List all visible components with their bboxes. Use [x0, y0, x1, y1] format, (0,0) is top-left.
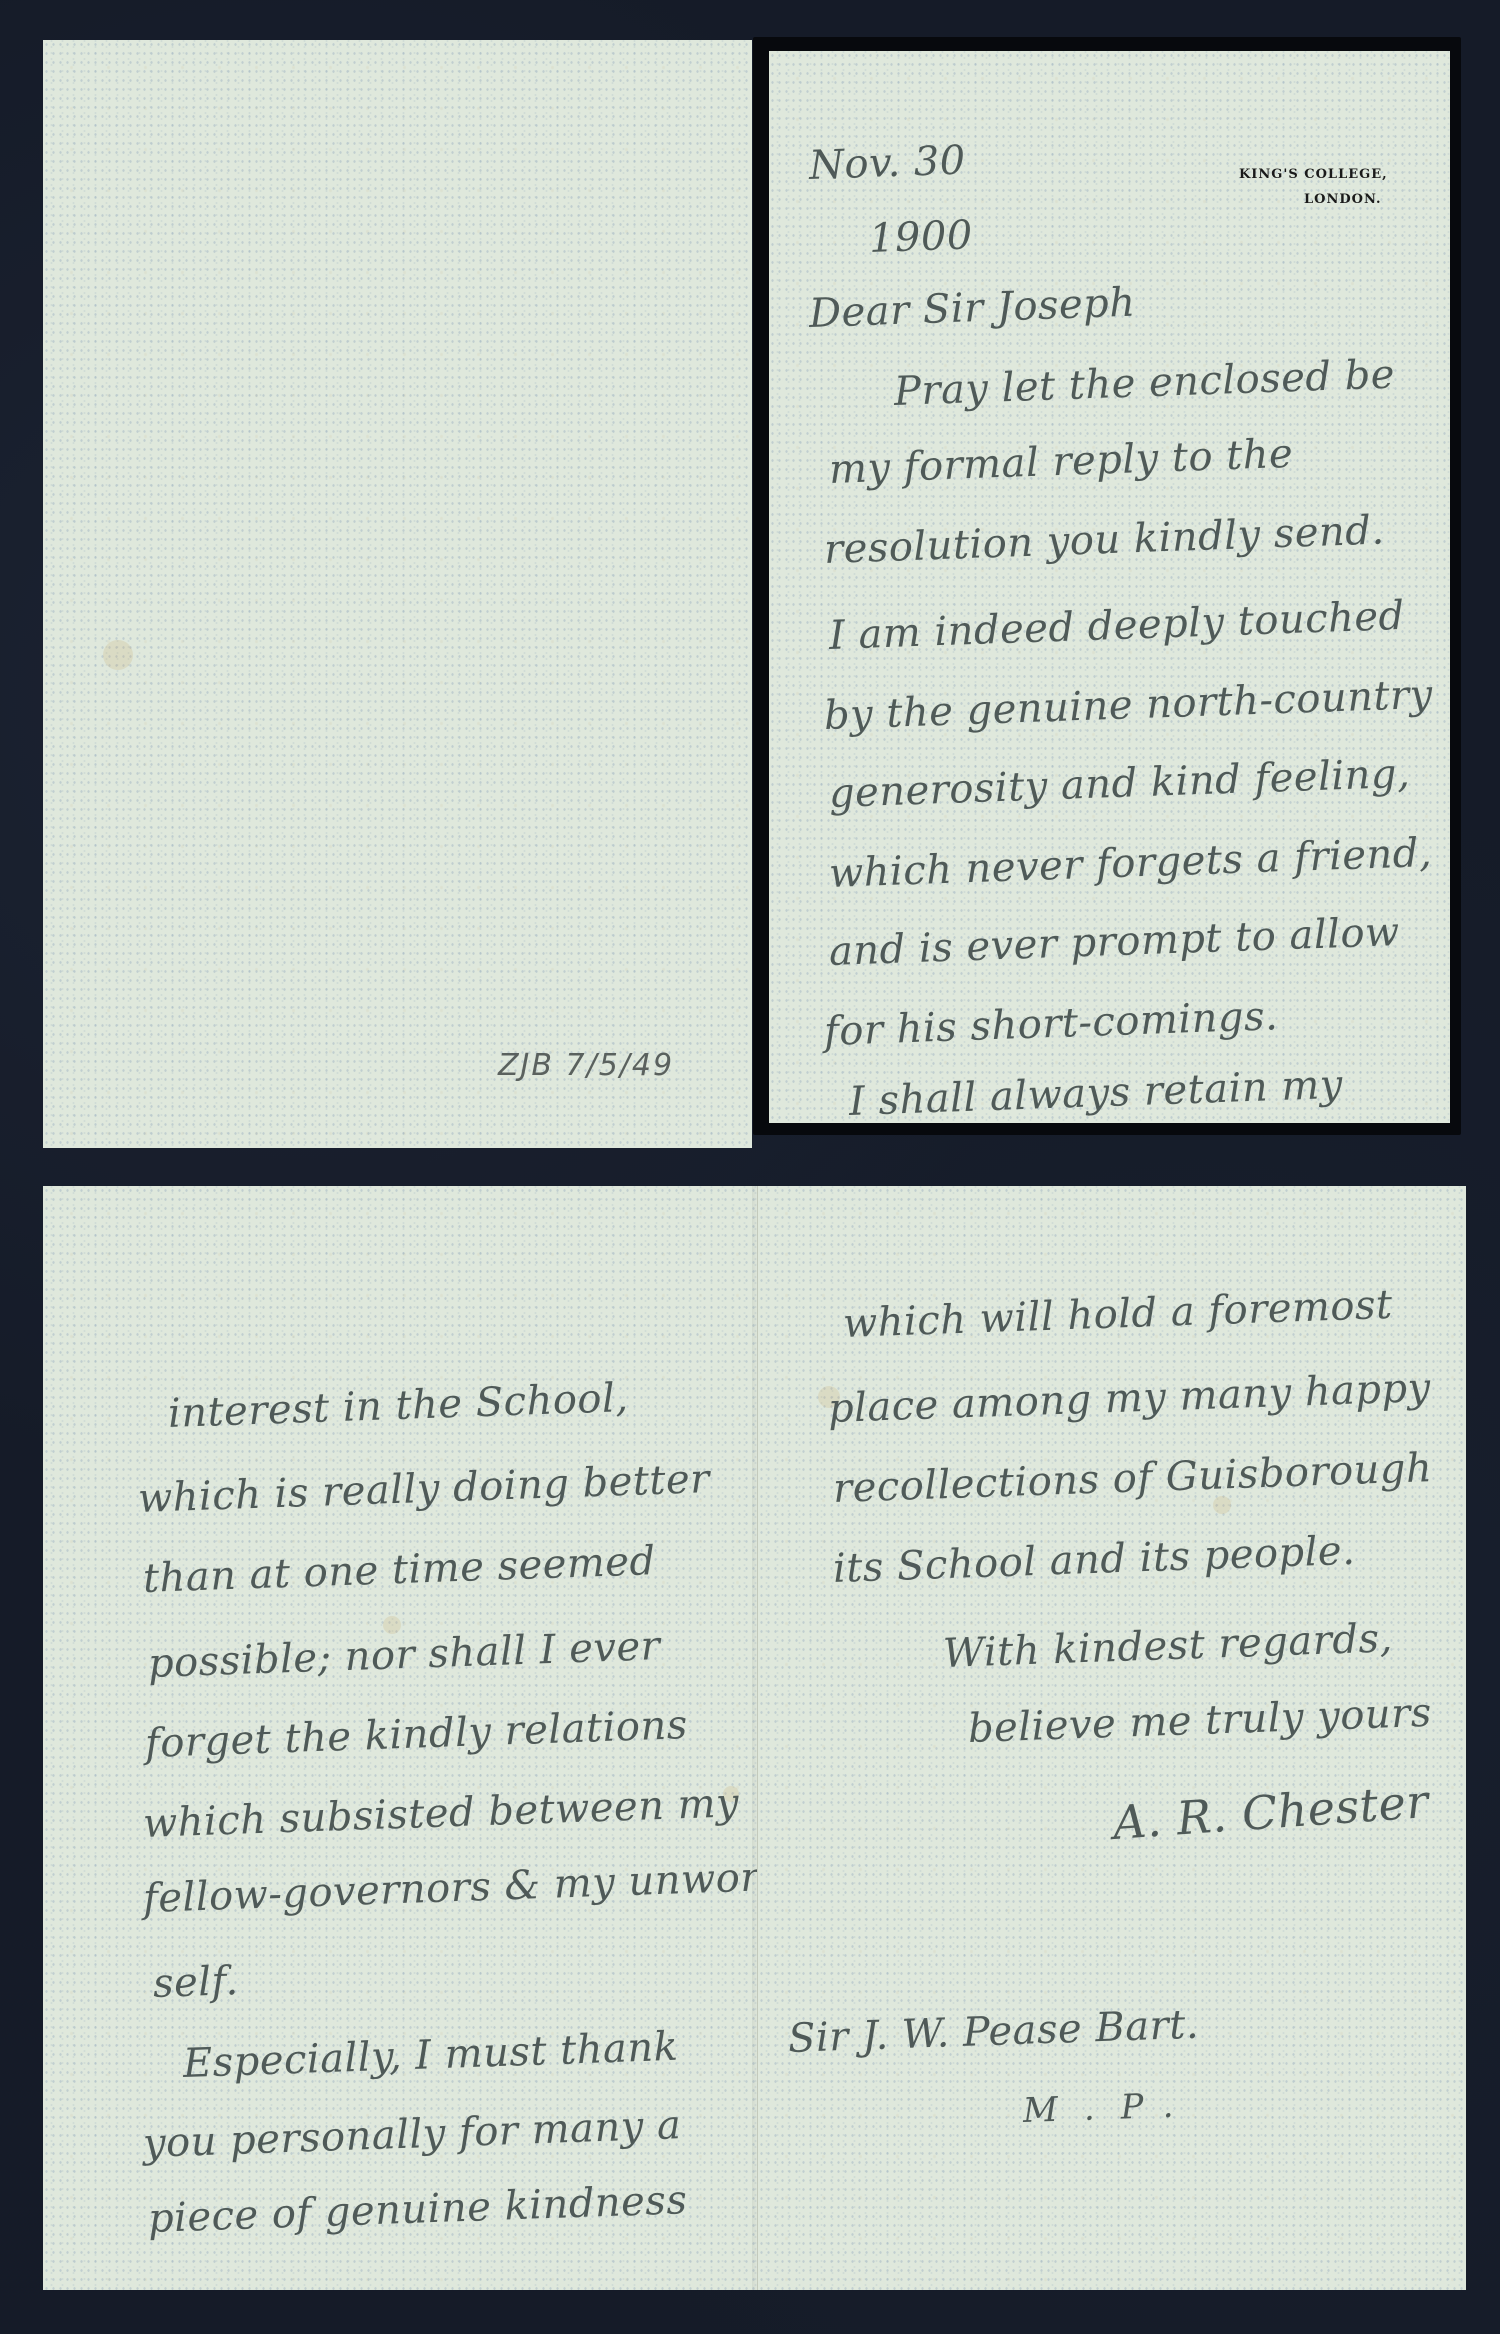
letterhead-line1: KING'S COLLEGE,: [1239, 167, 1388, 182]
date-year: 1900: [868, 212, 973, 262]
letter-line: you personally for many a: [142, 2102, 682, 2167]
page-top-right: KING'S COLLEGE, LONDON. Nov. 30 1900 Dea…: [769, 51, 1450, 1123]
addressee-suffix: M.P.: [1022, 2085, 1200, 2131]
signature: A. R. Chester: [1111, 1774, 1430, 1850]
letter-line: recollections of Guisborough: [832, 1445, 1433, 1512]
letter-line: which will hold a foremost: [842, 1282, 1393, 1347]
page-top-left: ZJB 7/5/49: [43, 40, 752, 1148]
letter-line: which never forgets a friend,: [828, 830, 1433, 897]
page-bottom-right: which will hold a foremost place among m…: [757, 1186, 1466, 2290]
letter-line: forget the kindly relations: [144, 1702, 688, 1767]
archive-note: ZJB 7/5/49: [498, 1048, 674, 1083]
letter-line: Especially, I must thank: [182, 2024, 679, 2087]
letter-line: place among my many happy: [827, 1365, 1431, 1432]
paper-stain: [1213, 1496, 1231, 1514]
letter-line: possible; nor shall I ever: [147, 1623, 661, 1687]
paper-stain: [103, 640, 133, 670]
letter-line: for his short-comings.: [823, 993, 1279, 1055]
letter-line: which subsisted between my: [142, 1780, 740, 1847]
closing-line: With kindest regards,: [942, 1615, 1393, 1677]
letter-line: Pray let the enclosed be: [893, 352, 1395, 415]
letter-line: fellow-governors & my unworthy: [142, 1852, 826, 1922]
closing-line: believe me truly yours: [967, 1690, 1432, 1752]
letter-line: I shall always retain my: [848, 1062, 1343, 1125]
letter-line: my formal reply to the: [828, 431, 1294, 493]
letter-line: interest in the School,: [167, 1375, 629, 1437]
letter-line: than at one time seemed: [142, 1538, 656, 1602]
addressee: Sir J. W. Pease Bart.: [787, 2002, 1200, 2062]
salutation: Dear Sir Joseph: [808, 280, 1136, 337]
letter-line: I am indeed deeply touched: [828, 593, 1405, 659]
letter-line: piece of genuine kindness: [147, 2177, 688, 2242]
letterhead-line2: LONDON.: [1304, 192, 1382, 207]
letter-line: and is ever prompt to allow: [828, 909, 1400, 975]
page-bottom-left: interest in the School, which is really …: [43, 1186, 757, 2290]
letter-line: by the genuine north-country: [823, 672, 1433, 739]
letter-line: self.: [152, 1958, 239, 2007]
fold-line: [752, 1186, 762, 2290]
letter-line: its School and its people.: [832, 1528, 1356, 1592]
letter-line: resolution you kindly send.: [823, 507, 1385, 573]
date-month-day: Nov. 30: [808, 138, 966, 189]
letter-line: generosity and kind feeling,: [828, 751, 1411, 817]
letter-line: which is really doing better: [137, 1456, 710, 1522]
